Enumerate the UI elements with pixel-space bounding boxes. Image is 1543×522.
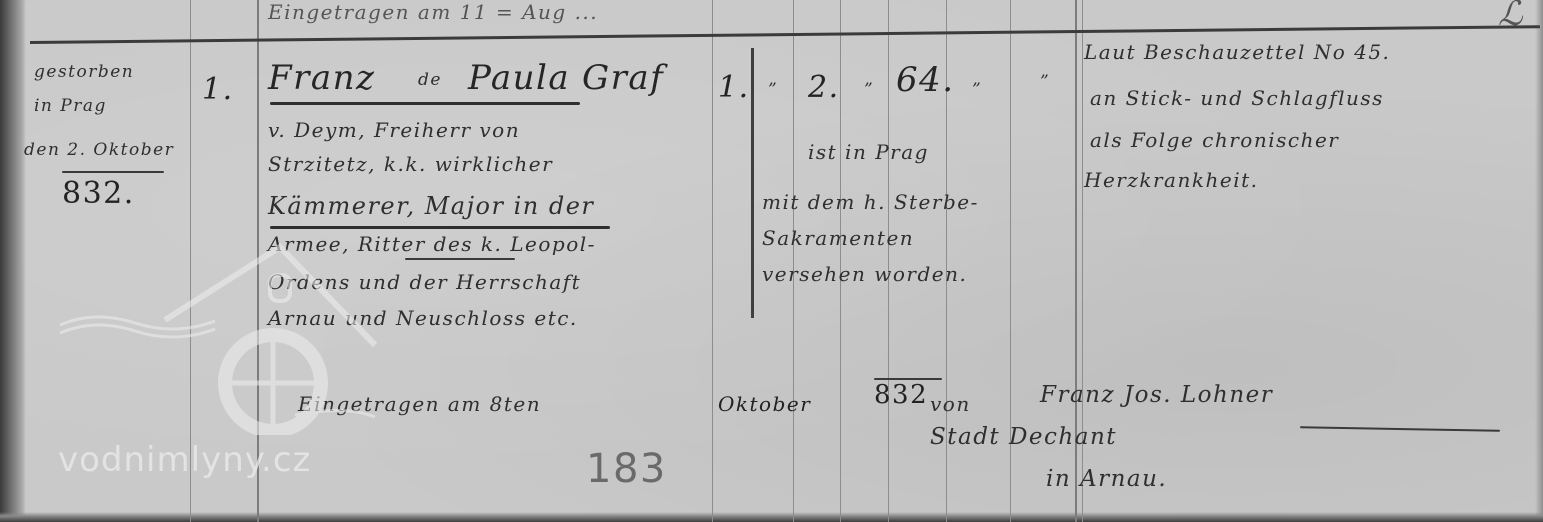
value-col3: 2. <box>808 70 840 105</box>
owner-middle-name: Paula <box>468 58 570 98</box>
document-page: Eingetragen am 11 = Aug ... ℒ gestorben … <box>0 0 1543 522</box>
folio-number: 183 <box>586 446 667 492</box>
owner-line: Strzitetz, k.k. wirklicher <box>268 152 553 176</box>
column-rule <box>712 0 713 522</box>
owner-first-name: Franz <box>268 58 375 98</box>
registration-month: Oktober <box>718 392 811 416</box>
owner-name-particle: de <box>418 70 442 90</box>
signature-place: in Arnau. <box>1046 466 1167 492</box>
signature-title: Stadt Dechant <box>930 424 1117 450</box>
watermark-text: vodnimlyny.cz <box>58 440 311 480</box>
signature-flourish <box>1300 426 1500 431</box>
remarks-line: an Stick- und Schlagfluss <box>1090 86 1384 110</box>
death-year: 832. <box>62 176 135 211</box>
owner-line: v. Deym, Freiherr von <box>268 118 520 142</box>
sacrament-note-line: mit dem h. Sterbe- <box>762 190 979 214</box>
remarks-line: als Folge chronischer <box>1090 128 1339 152</box>
entry-number: 1. <box>202 72 234 107</box>
remarks-line: Herzkrankheit. <box>1084 168 1259 192</box>
death-note-line1: gestorben <box>34 62 134 82</box>
remarks-line: Laut Beschauzettel No 45. <box>1084 40 1390 64</box>
value-col4: ” <box>864 80 874 100</box>
value-col5: 64. <box>896 60 955 100</box>
value-col6: ” <box>972 80 982 100</box>
column-rule <box>793 0 794 522</box>
rank-underline <box>270 226 610 229</box>
binding-edge <box>0 0 26 522</box>
sacrament-note-line: versehen worden. <box>762 262 967 286</box>
sacrament-note-line: ist in Prag <box>808 140 929 164</box>
owner-title: Graf <box>582 58 664 98</box>
ritter-underline <box>405 258 515 260</box>
watermark-mill-logo-icon <box>55 235 385 435</box>
death-note-line2: in Prag <box>34 96 107 116</box>
name-underline <box>270 102 580 105</box>
death-note-line3: den 2. Oktober <box>24 140 174 160</box>
value-col2: ” <box>768 80 778 100</box>
registration-von: von <box>930 392 971 416</box>
column-rule <box>888 0 889 522</box>
column-rule-bold <box>751 48 754 318</box>
signature-name: Franz Jos. Lohner <box>1040 382 1273 408</box>
value-col7: ” <box>1040 72 1050 92</box>
sacrament-note-line: Sakramenten <box>762 226 914 250</box>
previous-entry-flourish: ℒ <box>1498 0 1524 34</box>
year-rule <box>62 171 164 173</box>
registration-year: 832 <box>874 380 928 410</box>
owner-line: Kämmerer, Major in der <box>268 192 594 220</box>
page-right-edge <box>1535 0 1543 522</box>
page-bottom-edge <box>0 512 1543 522</box>
column-rule <box>840 0 841 522</box>
previous-entry-fragment: Eingetragen am 11 = Aug ... <box>268 0 598 24</box>
value-col1: 1. <box>718 70 750 105</box>
